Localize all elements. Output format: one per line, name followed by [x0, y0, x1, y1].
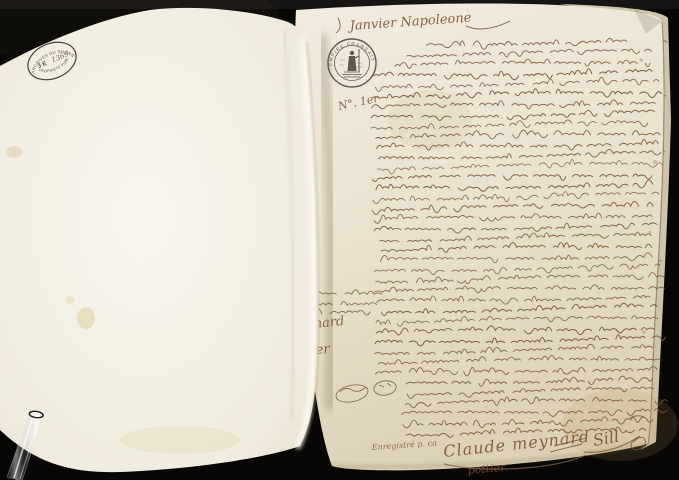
- foxing-dot-2: [653, 160, 657, 164]
- manuscript-photo: EMPIRE FRANÇAIS Janvier Napoleone N°. 1e…: [0, 0, 679, 480]
- stain-left-3: [6, 146, 22, 158]
- stain-left-1: [77, 307, 95, 329]
- foxing-dot-4: [642, 330, 646, 334]
- stain-right-1: [388, 90, 472, 150]
- foxing-dot-1: [639, 58, 642, 61]
- foxing-dot-5: [501, 117, 503, 119]
- stain-left-2: [66, 296, 75, 304]
- stain-left-4: [120, 426, 240, 454]
- left-page: [0, 8, 319, 472]
- foxing-dot-3: [649, 231, 652, 234]
